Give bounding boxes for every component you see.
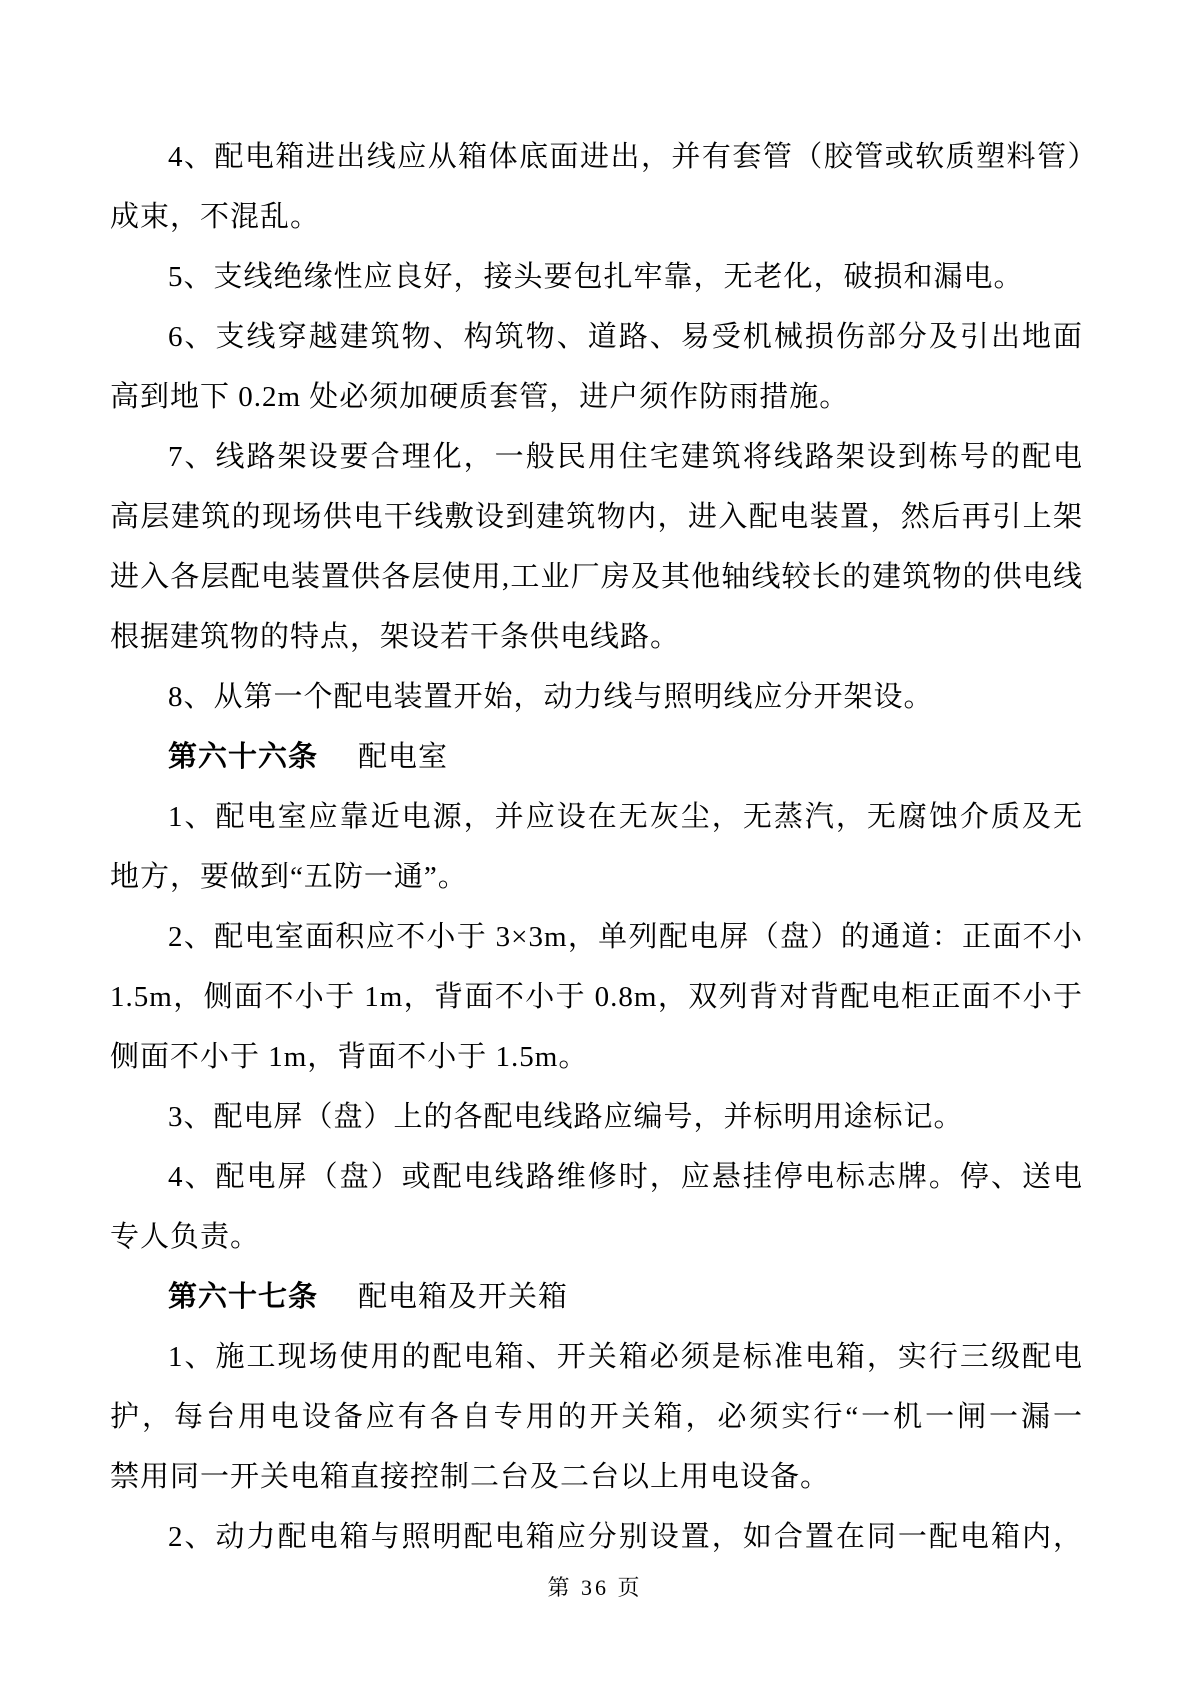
section-heading-article-66: 第六十六条配电室 xyxy=(110,727,1083,787)
text-line: 进入各层配电装置供各层使用,工业厂房及其他轴线较长的建筑物的供电线路， xyxy=(110,547,1083,607)
text-line: 1、施工现场使用的配电箱、开关箱必须是标准电箱，实行三级配电二级保 xyxy=(110,1327,1083,1387)
text-line: 地方，要做到“五防一通”。 xyxy=(110,847,1083,907)
text-line: 2、动力配电箱与照明配电箱应分别设置，如合置在同一配电箱内，动力和 xyxy=(110,1507,1083,1567)
document-page: 4、配电箱进出线应从箱体底面进出，并有套管（胶管或软质塑料管）分路 成束，不混乱… xyxy=(0,0,1190,1683)
text-line: 6、支线穿越建筑物、构筑物、道路、易受机械损伤部分及引出地面从 2m xyxy=(110,307,1083,367)
page-number: 第 36 页 xyxy=(547,1575,642,1600)
text-line: 5、支线绝缘性应良好，接头要包扎牢靠，无老化，破损和漏电。 xyxy=(110,247,1083,307)
text-line: 2、配电室面积应不小于 3×3m，单列配电屏（盘）的通道：正面不小于 xyxy=(110,907,1083,967)
document-body: 4、配电箱进出线应从箱体底面进出，并有套管（胶管或软质塑料管）分路 成束，不混乱… xyxy=(110,127,1083,1567)
heading-article-title: 配电室 xyxy=(358,741,448,773)
text-line: 4、配电箱进出线应从箱体底面进出，并有套管（胶管或软质塑料管）分路 xyxy=(110,127,1083,187)
text-line: 高到地下 0.2m 处必须加硬质套管，进户须作防雨措施。 xyxy=(110,367,1083,427)
text-line: 根据建筑物的特点，架设若干条供电线路。 xyxy=(110,607,1083,667)
text-line: 高层建筑的现场供电干线敷设到建筑物内，进入配电装置，然后再引上架设， xyxy=(110,487,1083,547)
heading-article-number: 第六十七条 xyxy=(168,1281,318,1313)
text-line: 侧面不小于 1m，背面不小于 1.5m。 xyxy=(110,1027,1083,1087)
text-line: 7、线路架设要合理化，一般民用住宅建筑将线路架设到栋号的配电装置， xyxy=(110,427,1083,487)
text-line: 禁用同一开关电箱直接控制二台及二台以上用电设备。 xyxy=(110,1447,1083,1507)
heading-article-title: 配电箱及开关箱 xyxy=(358,1281,568,1313)
text-line: 4、配电屏（盘）或配电线路维修时，应悬挂停电标志牌。停、送电必须由 xyxy=(110,1147,1083,1207)
text-line: 专人负责。 xyxy=(110,1207,1083,1267)
heading-article-number: 第六十六条 xyxy=(168,741,318,773)
text-line: 1.5m，侧面不小于 1m，背面不小于 0.8m，双列背对背配电柜正面不小于 2… xyxy=(110,967,1083,1027)
text-line: 1、配电室应靠近电源，并应设在无灰尘，无蒸汽，无腐蚀介质及无振动的 xyxy=(110,787,1083,847)
page-footer: 第 36 页 xyxy=(0,1568,1190,1608)
section-heading-article-67: 第六十七条配电箱及开关箱 xyxy=(110,1267,1083,1327)
text-line: 8、从第一个配电装置开始，动力线与照明线应分开架设。 xyxy=(110,667,1083,727)
text-line: 护，每台用电设备应有各自专用的开关箱，必须实行“一机一闸一漏一箱”。严 xyxy=(110,1387,1083,1447)
text-line: 成束，不混乱。 xyxy=(110,187,1083,247)
text-line: 3、配电屏（盘）上的各配电线路应编号，并标明用途标记。 xyxy=(110,1087,1083,1147)
